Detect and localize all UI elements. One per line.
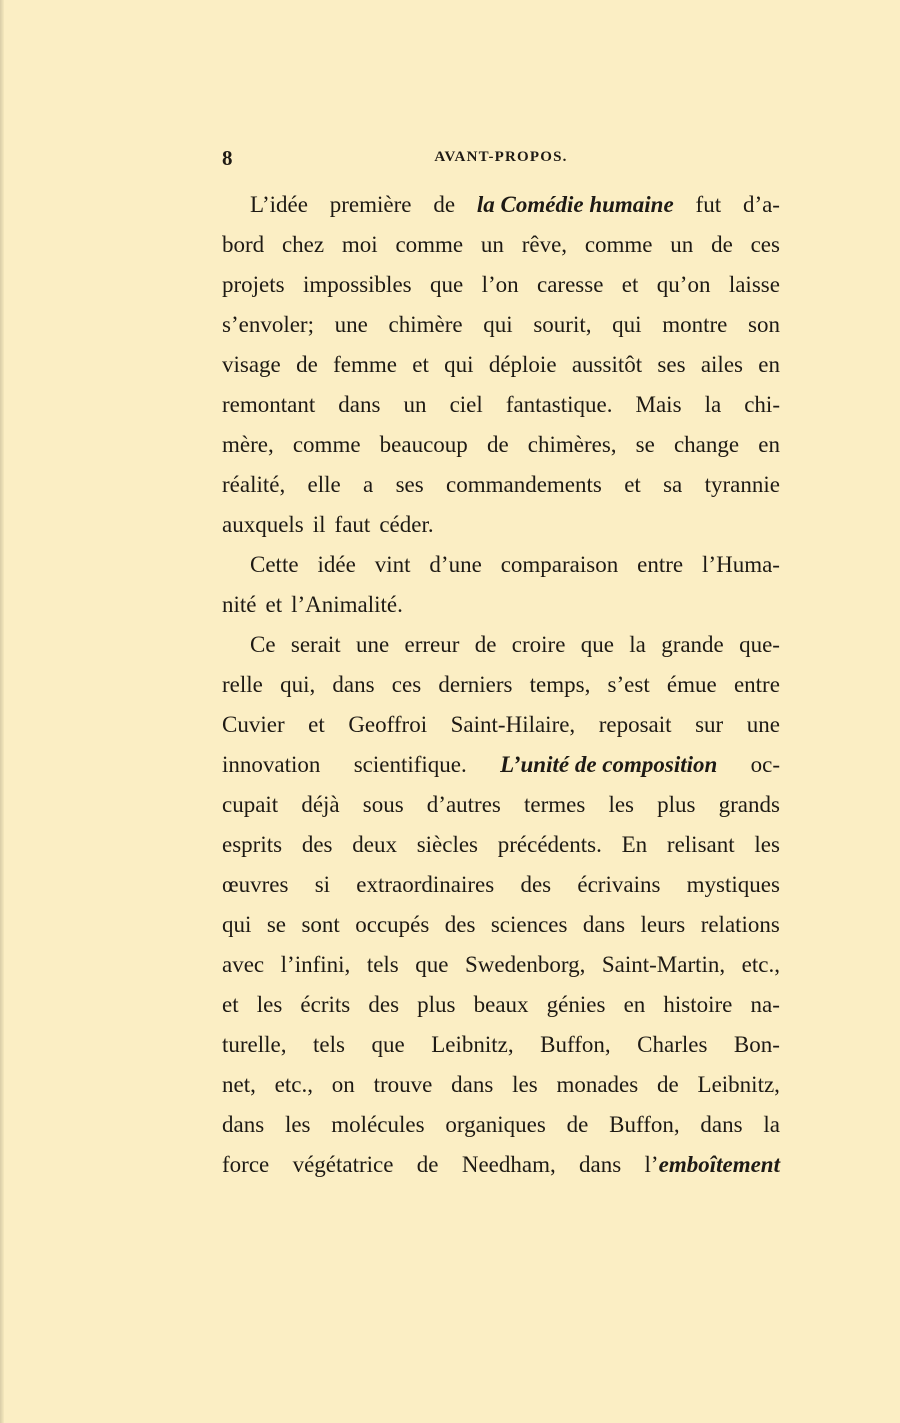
word: Leibnitz, bbox=[431, 1025, 513, 1065]
word: une bbox=[335, 305, 368, 345]
word: na- bbox=[751, 985, 780, 1025]
word: l’on bbox=[482, 265, 519, 305]
word: tyrannie bbox=[705, 465, 780, 505]
word: En bbox=[622, 825, 648, 865]
word: l’infini, bbox=[281, 945, 351, 985]
word: et bbox=[622, 265, 639, 305]
word: elle bbox=[308, 465, 341, 505]
text-line: etlesécritsdesplusbeauxgéniesenhistoiren… bbox=[222, 985, 780, 1025]
word: première bbox=[330, 185, 412, 225]
word: d’a- bbox=[743, 185, 780, 225]
text-line: CuvieretGeoffroiSaint-Hilaire,reposaitsu… bbox=[222, 705, 780, 745]
word: les bbox=[257, 985, 283, 1025]
text-line: œuvressiextraordinairesdesécrivainsmysti… bbox=[222, 865, 780, 905]
word: qui, bbox=[280, 665, 315, 705]
word: plus bbox=[417, 985, 455, 1025]
word: monades bbox=[556, 1065, 638, 1105]
word: et bbox=[308, 705, 325, 745]
word: siècles bbox=[417, 825, 478, 865]
text-line: visagedefemmeetquidéploieaussitôtsesaile… bbox=[222, 345, 780, 385]
running-head: 8 AVANT-PROPOS. bbox=[222, 146, 780, 170]
word: qui bbox=[222, 905, 251, 945]
text-line: Ceseraituneerreurdecroirequelagrandeque- bbox=[222, 625, 780, 665]
word: et bbox=[266, 585, 283, 625]
word: qu’on bbox=[657, 265, 711, 305]
word: entre bbox=[734, 665, 780, 705]
word: son bbox=[748, 305, 780, 345]
word: ailes bbox=[701, 345, 743, 385]
word: grands bbox=[719, 785, 780, 825]
word: auxquels bbox=[222, 505, 304, 545]
word: qui bbox=[444, 345, 473, 385]
text-line: turelle,telsqueLeibnitz,Buffon,CharlesBo… bbox=[222, 1025, 780, 1065]
word: beaux bbox=[474, 985, 529, 1025]
word: chi- bbox=[744, 385, 780, 425]
word: temps, bbox=[530, 665, 591, 705]
word: trouve bbox=[374, 1065, 433, 1105]
word: L’idée bbox=[250, 185, 308, 225]
word: végétatrice bbox=[293, 1145, 394, 1185]
word: de bbox=[475, 625, 497, 665]
word: des bbox=[302, 825, 333, 865]
word: la bbox=[763, 1105, 780, 1145]
text-line: forcevégétatricedeNeedham,dansl’emboîtem… bbox=[222, 1145, 780, 1185]
word: il bbox=[313, 505, 326, 545]
word: faut bbox=[335, 505, 371, 545]
word: de bbox=[296, 345, 318, 385]
word: commandements bbox=[446, 465, 602, 505]
word: vint bbox=[375, 545, 411, 585]
text-line: net,etc.,ontrouvedanslesmonadesdeLeibnit… bbox=[222, 1065, 780, 1105]
word: ses bbox=[657, 345, 685, 385]
page-edge bbox=[0, 0, 4, 1423]
word: nité bbox=[222, 585, 257, 625]
word: laisse bbox=[729, 265, 780, 305]
word: des bbox=[368, 985, 399, 1025]
word: femme bbox=[333, 345, 397, 385]
word: relle bbox=[222, 665, 263, 705]
word: Cuvier bbox=[222, 705, 285, 745]
word: histoire bbox=[663, 985, 732, 1025]
word: dans bbox=[451, 1065, 493, 1105]
text-line: auxquelsilfautcéder. bbox=[222, 505, 780, 545]
word: mère, bbox=[222, 425, 274, 465]
text-line: s’envoler;unechimèrequisourit,quimontres… bbox=[222, 305, 780, 345]
word: deux bbox=[352, 825, 397, 865]
word: réalité, bbox=[222, 465, 285, 505]
word: derniers bbox=[438, 665, 512, 705]
word: reposait bbox=[599, 705, 672, 745]
word: que- bbox=[739, 625, 780, 665]
word: que bbox=[371, 1025, 404, 1065]
word: Geoffroi bbox=[348, 705, 427, 745]
word: s’envoler; bbox=[222, 305, 314, 345]
word: molécules bbox=[331, 1105, 424, 1145]
word: s’est bbox=[608, 665, 650, 705]
word: déjà bbox=[301, 785, 339, 825]
italic-phrase: L’unité de composition bbox=[500, 745, 717, 785]
word: Leibnitz, bbox=[698, 1065, 780, 1105]
word: l’Animalité. bbox=[291, 585, 403, 625]
italic-phrase: emboîtement bbox=[659, 1145, 780, 1185]
word: de bbox=[711, 225, 733, 265]
word: occupés bbox=[355, 905, 429, 945]
word: relisant bbox=[667, 825, 735, 865]
word: dans bbox=[700, 1105, 742, 1145]
word: si bbox=[315, 865, 330, 905]
text-line: innovationscientifique.L’unité de compos… bbox=[222, 745, 780, 785]
word: caresse bbox=[537, 265, 603, 305]
word: ciel bbox=[450, 385, 483, 425]
word: chimère bbox=[389, 305, 463, 345]
word: comme bbox=[585, 225, 653, 265]
word: se bbox=[636, 425, 655, 465]
word: en bbox=[758, 425, 780, 465]
word: aussitôt bbox=[572, 345, 642, 385]
text-line: espritsdesdeuxsièclesprécédents.Enrelisa… bbox=[222, 825, 780, 865]
word: chez bbox=[282, 225, 324, 265]
word: entre bbox=[637, 545, 683, 585]
word: les bbox=[285, 1105, 311, 1145]
word: que bbox=[581, 625, 614, 665]
word: dans bbox=[583, 905, 625, 945]
word: leurs bbox=[641, 905, 686, 945]
text-line: danslesmoléculesorganiquesdeBuffon,dansl… bbox=[222, 1105, 780, 1145]
word: sous bbox=[363, 785, 404, 825]
text-line: nitéetl’Animalité. bbox=[222, 585, 780, 625]
word: déploie bbox=[489, 345, 557, 385]
word: précédents. bbox=[498, 825, 602, 865]
word: rêve, bbox=[522, 225, 567, 265]
word: de bbox=[657, 1065, 679, 1105]
word: a bbox=[363, 465, 373, 505]
word: comparaison bbox=[501, 545, 619, 585]
word: Swedenborg, bbox=[465, 945, 585, 985]
word: fantastique. bbox=[506, 385, 613, 425]
word: Ce bbox=[250, 625, 276, 665]
word: avec bbox=[222, 945, 264, 985]
word: innovation bbox=[222, 745, 320, 785]
text-line: réalité,elleasescommandementsetsatyranni… bbox=[222, 465, 780, 505]
word: termes bbox=[524, 785, 585, 825]
word: que bbox=[415, 945, 448, 985]
word: etc., bbox=[742, 945, 780, 985]
word: grande bbox=[661, 625, 724, 665]
word: net, bbox=[222, 1065, 256, 1105]
text-line: L’idéepremièredela Comédie humainefutd’a… bbox=[222, 185, 780, 225]
word: ses bbox=[396, 465, 424, 505]
word: un bbox=[481, 225, 504, 265]
word: se bbox=[267, 905, 286, 945]
word: Saint-Hilaire, bbox=[451, 705, 576, 745]
text-line: cupaitdéjàsousd’autrestermeslesplusgrand… bbox=[222, 785, 780, 825]
word: moi bbox=[342, 225, 378, 265]
word: écrits bbox=[300, 985, 350, 1025]
word: dans bbox=[338, 385, 380, 425]
word: extraordinaires bbox=[356, 865, 494, 905]
word: fut bbox=[696, 185, 722, 225]
word: et bbox=[412, 345, 429, 385]
word: écrivains bbox=[577, 865, 660, 905]
word: céder. bbox=[379, 505, 433, 545]
text-line: remontantdansuncielfantastique.Maislachi… bbox=[222, 385, 780, 425]
word: montre bbox=[662, 305, 727, 345]
word: Saint-Martin, bbox=[602, 945, 725, 985]
word: sa bbox=[663, 465, 682, 505]
word: dans bbox=[332, 665, 374, 705]
word: serait bbox=[291, 625, 341, 665]
word: etc., bbox=[275, 1065, 313, 1105]
word: mystiques bbox=[687, 865, 780, 905]
word: l’Huma- bbox=[702, 545, 780, 585]
word: l’ bbox=[645, 1145, 659, 1185]
word: bord bbox=[222, 225, 264, 265]
italic-phrase: la Comédie humaine bbox=[477, 185, 674, 225]
word: d’une bbox=[429, 545, 481, 585]
word: Buffon, bbox=[540, 1025, 611, 1065]
word: œuvres bbox=[222, 865, 288, 905]
text-line: projetsimpossiblesquel’oncaresseetqu’onl… bbox=[222, 265, 780, 305]
word: projets bbox=[222, 265, 285, 305]
word: Bon- bbox=[734, 1025, 780, 1065]
word: émue bbox=[667, 665, 717, 705]
word: beaucoup bbox=[380, 425, 468, 465]
word: dans bbox=[579, 1145, 621, 1185]
word: de bbox=[433, 185, 455, 225]
word: visage bbox=[222, 345, 281, 385]
text-line: mère,commebeaucoupdechimères,sechangeen bbox=[222, 425, 780, 465]
text-line: Cetteidéevintd’unecomparaisonentrel’Huma… bbox=[222, 545, 780, 585]
word: de bbox=[487, 425, 509, 465]
word: sont bbox=[301, 905, 339, 945]
word: oc- bbox=[751, 745, 780, 785]
word: on bbox=[332, 1065, 355, 1105]
word: comme bbox=[293, 425, 361, 465]
word: les bbox=[512, 1065, 538, 1105]
word: Cette bbox=[250, 545, 299, 585]
word: sourit, bbox=[533, 305, 591, 345]
word: Buffon, bbox=[609, 1105, 680, 1145]
word: ces bbox=[392, 665, 421, 705]
word: des bbox=[520, 865, 551, 905]
word: un bbox=[670, 225, 693, 265]
word: dans bbox=[222, 1105, 264, 1145]
word: scientifique. bbox=[354, 745, 467, 785]
word: de bbox=[567, 1105, 589, 1145]
word: plus bbox=[657, 785, 695, 825]
text-line: rellequi,danscesdernierstemps,s’estémuee… bbox=[222, 665, 780, 705]
word: la bbox=[629, 625, 646, 665]
word: comme bbox=[395, 225, 463, 265]
word: force bbox=[222, 1145, 269, 1185]
text-line: bordchezmoicommeunrêve,commeundeces bbox=[222, 225, 780, 265]
word: change bbox=[674, 425, 739, 465]
word: ces bbox=[751, 225, 780, 265]
word: la bbox=[705, 385, 722, 425]
word: erreur bbox=[405, 625, 460, 665]
word: en bbox=[758, 345, 780, 385]
word: sur bbox=[695, 705, 723, 745]
word: relations bbox=[701, 905, 780, 945]
word: tels bbox=[367, 945, 399, 985]
word: Mais bbox=[636, 385, 682, 425]
word: Needham, bbox=[462, 1145, 556, 1185]
word: d’autres bbox=[427, 785, 501, 825]
word: une bbox=[356, 625, 389, 665]
word: génies bbox=[547, 985, 606, 1025]
word: idée bbox=[317, 545, 355, 585]
word: sciences bbox=[491, 905, 568, 945]
word: que bbox=[430, 265, 463, 305]
text-line: quisesontoccupésdessciencesdansleursrela… bbox=[222, 905, 780, 945]
word: et bbox=[222, 985, 239, 1025]
word: qui bbox=[612, 305, 641, 345]
body-text: L’idéepremièredela Comédie humainefutd’a… bbox=[222, 185, 780, 1185]
running-title: AVANT-PROPOS. bbox=[222, 149, 780, 166]
word-group: l’emboîtement bbox=[645, 1145, 780, 1185]
word: un bbox=[404, 385, 427, 425]
word: Charles bbox=[637, 1025, 707, 1065]
word: une bbox=[747, 705, 780, 745]
word: de bbox=[417, 1145, 439, 1185]
word: esprits bbox=[222, 825, 282, 865]
word: les bbox=[754, 825, 780, 865]
word: organiques bbox=[445, 1105, 546, 1145]
word: tels bbox=[313, 1025, 345, 1065]
text-line: avecl’infini,telsqueSwedenborg,Saint-Mar… bbox=[222, 945, 780, 985]
word: turelle, bbox=[222, 1025, 287, 1065]
word: qui bbox=[483, 305, 512, 345]
word: impossibles bbox=[303, 265, 412, 305]
word: chimères, bbox=[528, 425, 617, 465]
word: les bbox=[608, 785, 634, 825]
word: et bbox=[624, 465, 641, 505]
word: des bbox=[445, 905, 476, 945]
word: cupait bbox=[222, 785, 278, 825]
word: croire bbox=[512, 625, 566, 665]
word: remontant bbox=[222, 385, 315, 425]
word: en bbox=[624, 985, 646, 1025]
